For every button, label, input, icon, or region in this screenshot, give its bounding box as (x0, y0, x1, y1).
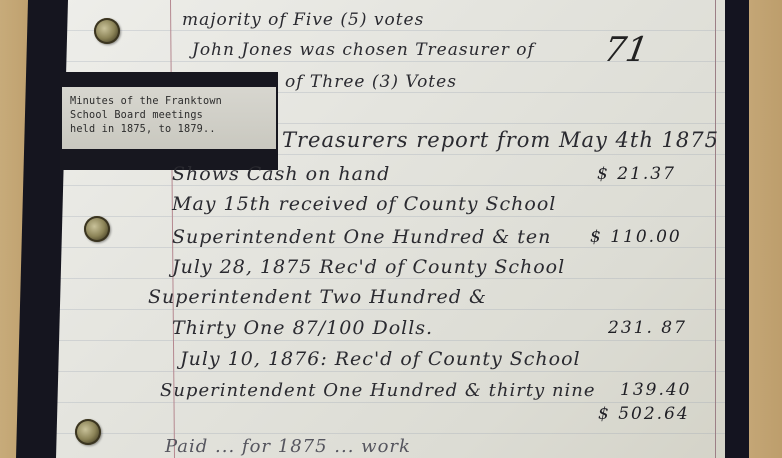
label-line: Minutes of the Franktown (70, 95, 280, 109)
handwritten-line: May 15th received of County School (172, 193, 556, 215)
eyelet-icon (94, 18, 120, 44)
typed-label-text: Minutes of the FranktownSchool Board mee… (70, 95, 280, 137)
label-line: School Board meetings (70, 109, 280, 123)
eyelet-icon (75, 419, 101, 445)
handwritten-line: Superintendent One Hundred & ten (172, 226, 551, 248)
ledger-amount: 139.40 (620, 380, 691, 400)
label-line: held in 1875, to 1879.. (70, 123, 280, 137)
handwritten-line: Treasurers report from May 4th 1875 (282, 128, 719, 152)
handwritten-line: majority of Five (5) votes (182, 10, 424, 30)
ledger-amount: 231. 87 (608, 318, 687, 338)
ledger-amount: $ 21.37 (597, 164, 676, 184)
eyelet-icon (84, 216, 110, 242)
handwritten-line: Thirty One 87/100 Dolls. (172, 317, 433, 339)
handwritten-line: Superintendent One Hundred & thirty nine (160, 380, 596, 401)
handwritten-line: July 28, 1875 Rec'd of County School (172, 256, 565, 278)
handwritten-line: Shows Cash on hand (172, 163, 390, 185)
handwritten-line: of Three (3) Votes (285, 72, 457, 92)
binding-strip-right (725, 0, 749, 458)
handwritten-line: July 10, 1876: Rec'd of County School (180, 348, 581, 370)
ledger-amount: $ 110.00 (590, 227, 682, 247)
margin-rule-right (715, 0, 716, 458)
handwritten-line: Superintendent Two Hundred & (148, 286, 487, 308)
handwritten-line: Paid ... for 1875 ... work (165, 436, 411, 457)
ledger-total: $ 502.64 (598, 404, 690, 424)
handwritten-line: John Jones was chosen Treasurer of (192, 40, 535, 60)
